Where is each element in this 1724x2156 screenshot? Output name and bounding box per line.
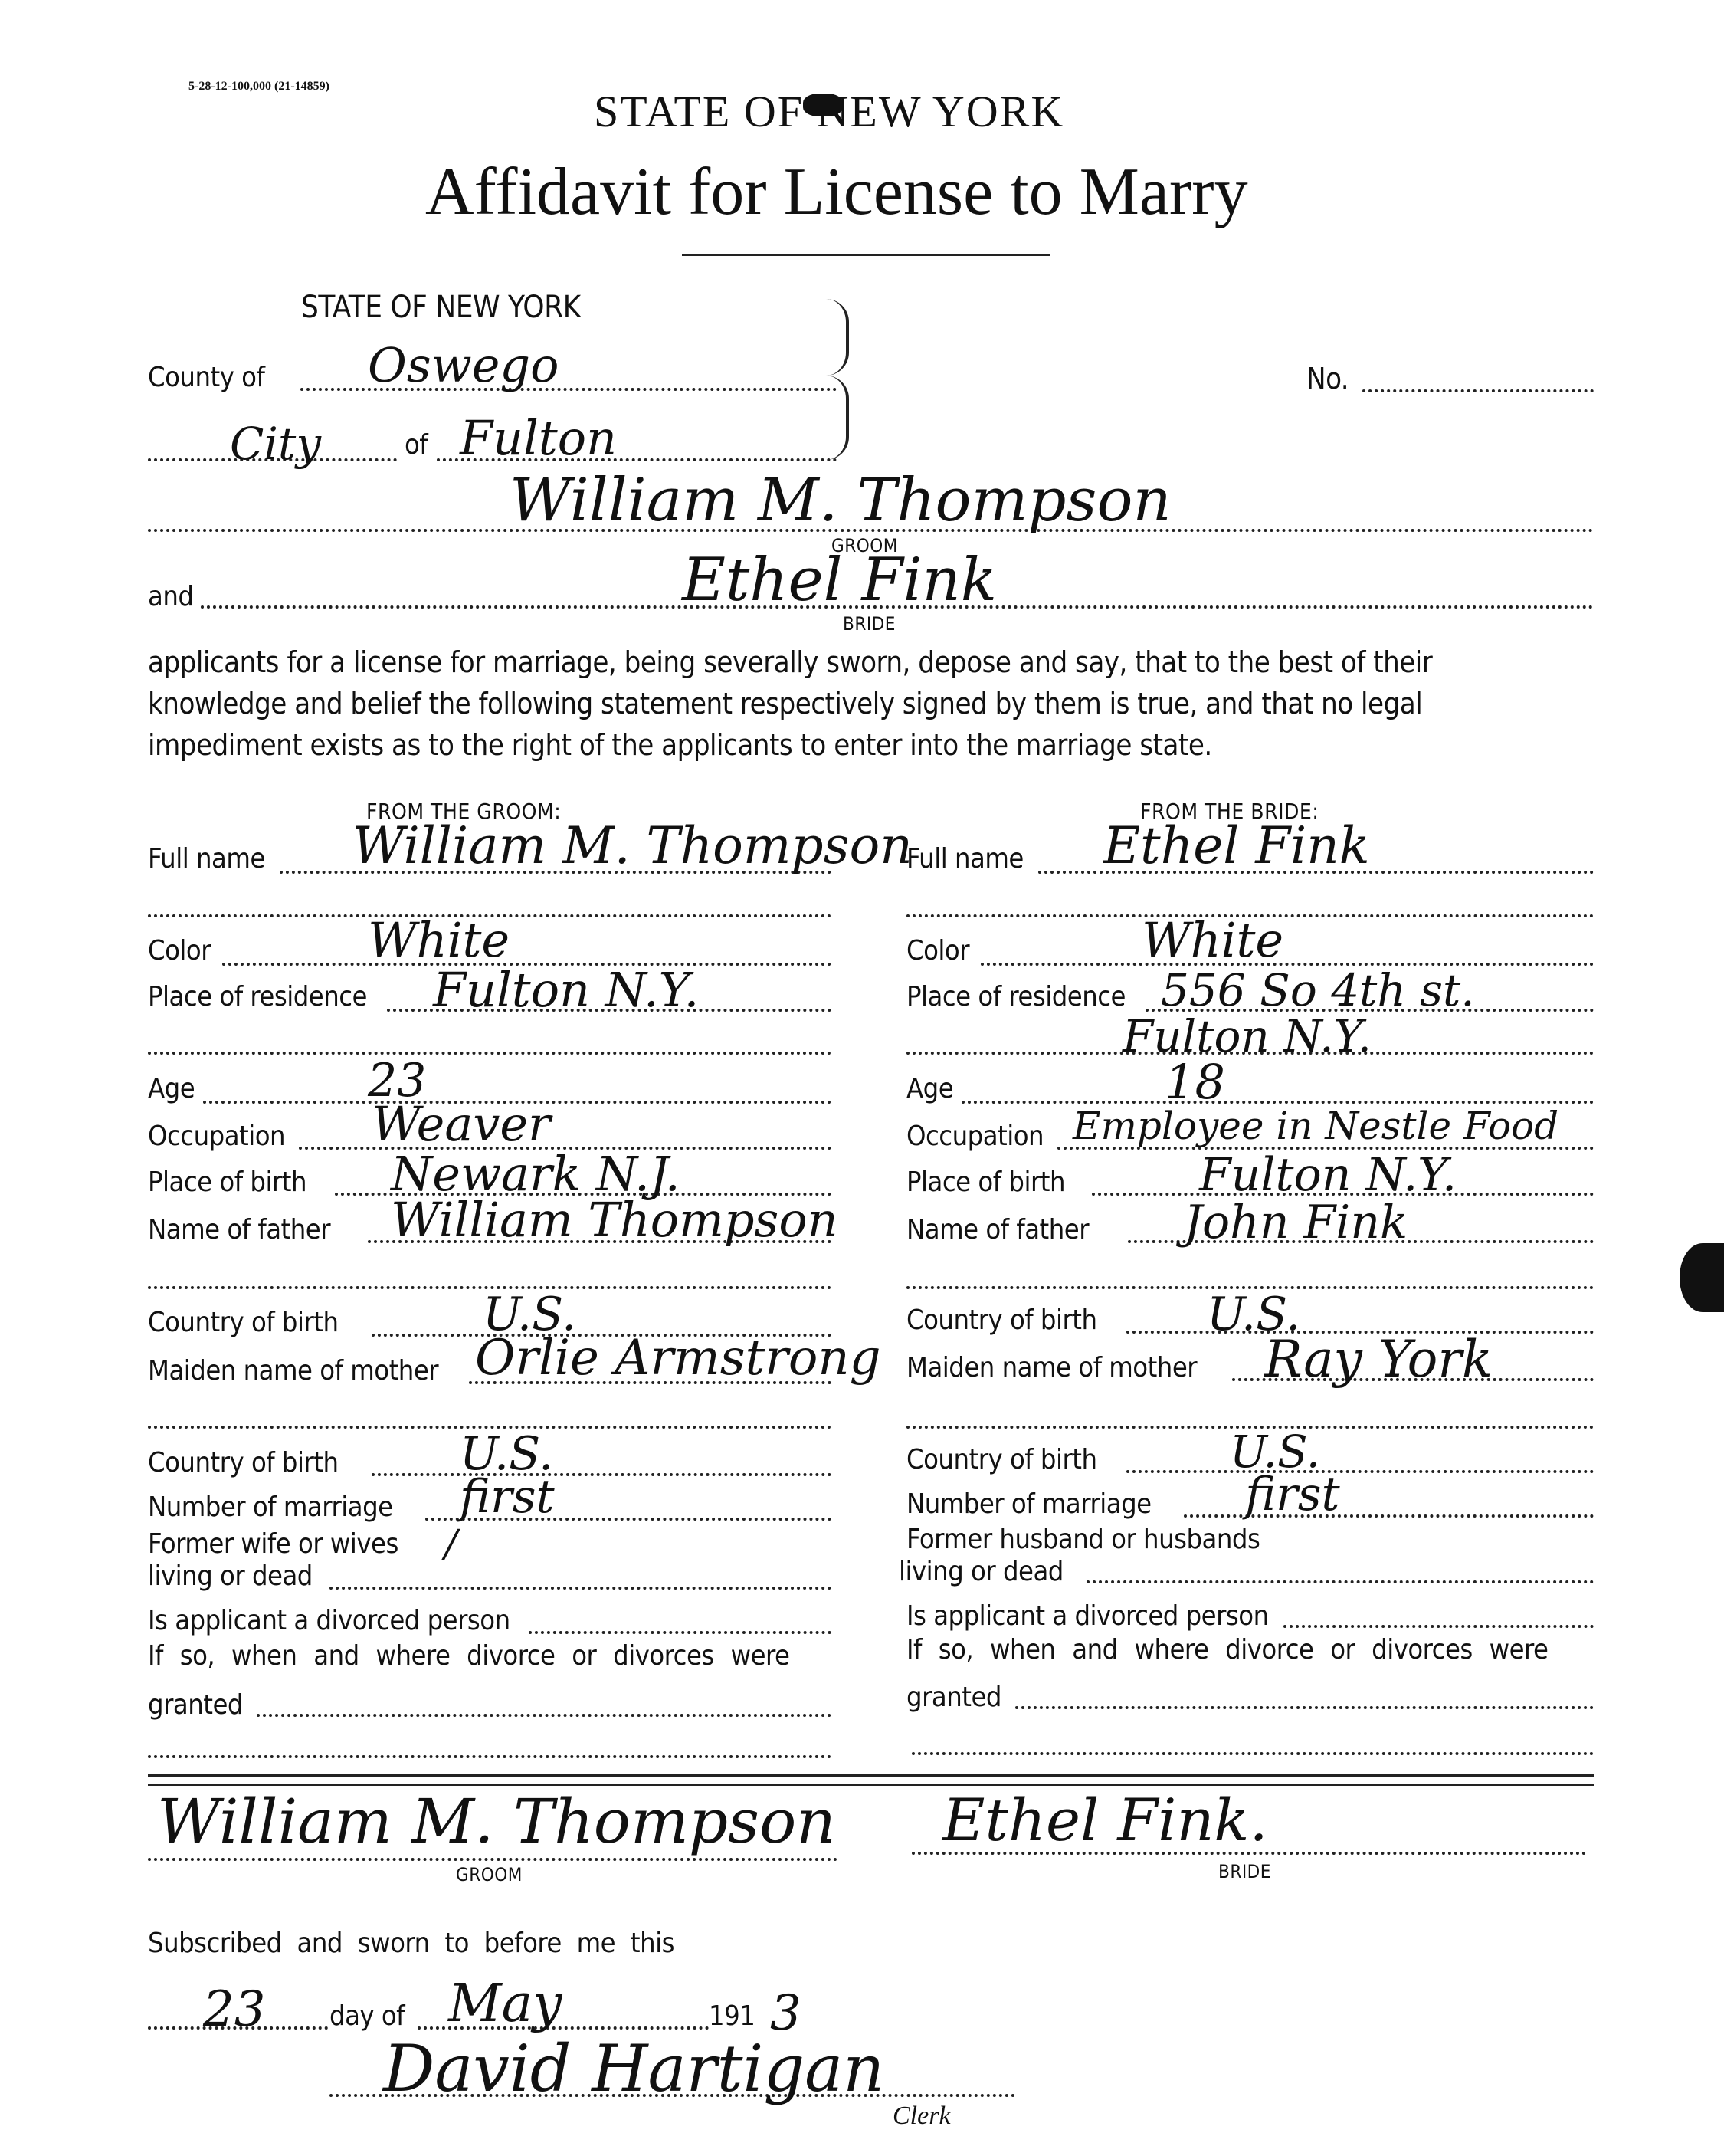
number-line[interactable] [1362,389,1594,392]
bride-birthplace: Fulton N.Y. [1199,1148,1457,1202]
bride-occupation: Employee in Nestle Food [1073,1104,1558,1148]
bride-caption: BRIDE [843,613,896,635]
groom-signature-line [148,1858,837,1861]
groom-divorce-when-label: If so, when and where divorce or divorce… [148,1640,789,1672]
groom-full-name-label: Full name [148,843,265,875]
of-label: of [405,429,428,461]
bride-age: 18 [1165,1054,1225,1110]
groom-residence-line-2 [148,1052,831,1055]
day-of-label: day of [329,2000,405,2032]
bride-granted-label: granted [906,1682,1001,1713]
ink-smudge [803,94,843,116]
bride-divorced-label: Is applicant a divorced person [906,1600,1269,1632]
groom-full-name: William M. Thompson [352,816,913,875]
title-rule [682,254,1050,256]
groom-divorced-label: Is applicant a divorced person [148,1605,510,1636]
bride-mother-country-label: Country of birth [906,1444,1097,1475]
jurat-day: 23 [203,1981,265,2038]
sworn-text: Subscribed and sworn to before me this [148,1928,674,1959]
bride-full-name-label: Full name [906,843,1024,875]
groom-residence: Fulton N.Y. [433,962,699,1018]
bride-mother-label: Maiden name of mother [906,1352,1197,1383]
groom-occupation-label: Occupation [148,1121,285,1152]
clerk-label: Clerk [893,2102,951,2131]
groom-former-spouse: / [444,1521,457,1566]
groom-father-label: Name of father [148,1214,330,1245]
double-rule-top [148,1774,1594,1777]
groom-marriage-number: first [460,1470,555,1524]
groom-residence-label: Place of residence [148,981,367,1012]
county-label: County of [148,362,264,393]
bride-mother-country-line [1126,1470,1594,1473]
bride-granted-line [1015,1706,1594,1709]
bride-full-name: Ethel Fink [1103,816,1370,875]
groom-mother-country-label: Country of birth [148,1447,339,1478]
bride-divorce-when-label: If so, when and where divorce or divorce… [906,1634,1548,1665]
groom-signature-caption: GROOM [456,1864,523,1885]
venue-state: STATE OF NEW YORK [301,290,581,325]
bride-color-label: Color [906,935,969,966]
groom-mother-label: Maiden name of mother [148,1355,438,1386]
groom-granted-label: granted [148,1689,243,1721]
groom-marriage-number-label: Number of marriage [148,1491,393,1523]
punch-hole-blot [1680,1243,1724,1312]
venue-brace-bottom [812,376,849,460]
page-title: Affidavit for License to Marry [425,153,1248,231]
bride-birthplace-label: Place of birth [906,1167,1065,1198]
bride-mother: Ray York [1264,1330,1493,1389]
bride-name: Ethel Fink [682,546,997,615]
year-prefix: 191 [709,2000,755,2032]
number-label: No. [1306,362,1349,395]
oath-line-1: applicants for a license for marriage, b… [148,645,1432,679]
bride-granted-line-2 [912,1752,1594,1755]
groom-occupation: Weaver [372,1096,551,1152]
bride-age-label: Age [906,1073,953,1104]
bride-signature: Ethel Fink. [942,1786,1268,1854]
bride-residence-line2: Fulton N.Y. [1123,1010,1372,1062]
municipality-type: City [230,418,321,470]
oath-line-2: knowledge and belief the following state… [148,687,1422,720]
bride-father-country-label: Country of birth [906,1304,1097,1336]
groom-color: White [368,912,510,968]
groom-father-country-label: Country of birth [148,1307,339,1338]
groom-signature: William M. Thompson [157,1786,836,1857]
bride-divorced-line [1283,1625,1594,1628]
groom-father: William Thompson [391,1192,838,1248]
groom-color-label: Color [148,935,211,966]
clerk-signature: David Hartigan [383,2031,884,2106]
groom-mother-country-line [372,1473,831,1476]
groom-granted-line-2 [148,1755,831,1758]
bride-former-spouse-line [1087,1580,1594,1583]
form-code: 5-28-12-100,000 (21-14859) [188,80,329,94]
jurat-month: May [448,1974,562,2034]
bride-color: White [1142,912,1283,968]
groom-former-spouse-line [329,1587,831,1590]
bride-marriage-number-label: Number of marriage [906,1488,1152,1520]
groom-name: William M. Thompson [510,466,1172,535]
municipality-value: Fulton [460,410,617,466]
bride-signature-caption: BRIDE [1218,1861,1271,1882]
oath-line-3: impediment exists as to the right of the… [148,728,1212,762]
and-label: and [148,581,193,612]
bride-former-spouse-label-2: living or dead [899,1556,1064,1587]
bride-father-label: Name of father [906,1214,1089,1245]
bride-marriage-number: first [1245,1468,1340,1521]
bride-residence: 556 So 4th st. [1161,964,1475,1016]
venue-brace-top [812,299,849,376]
bride-former-spouse-label-1: Former husband or husbands [906,1524,1260,1555]
groom-former-spouse-label-1: Former wife or wives [148,1528,398,1560]
bride-residence-label: Place of residence [906,981,1126,1012]
bride-father: John Fink [1184,1196,1408,1249]
groom-mother: Orlie Armstrong [475,1330,881,1386]
groom-granted-line [257,1714,831,1717]
bride-occupation-label: Occupation [906,1121,1044,1152]
groom-age-label: Age [148,1073,195,1104]
groom-former-spouse-label-2: living or dead [148,1560,313,1592]
groom-birthplace-label: Place of birth [148,1167,306,1198]
groom-divorced-line [529,1631,831,1634]
county-value: Oswego [368,337,559,393]
